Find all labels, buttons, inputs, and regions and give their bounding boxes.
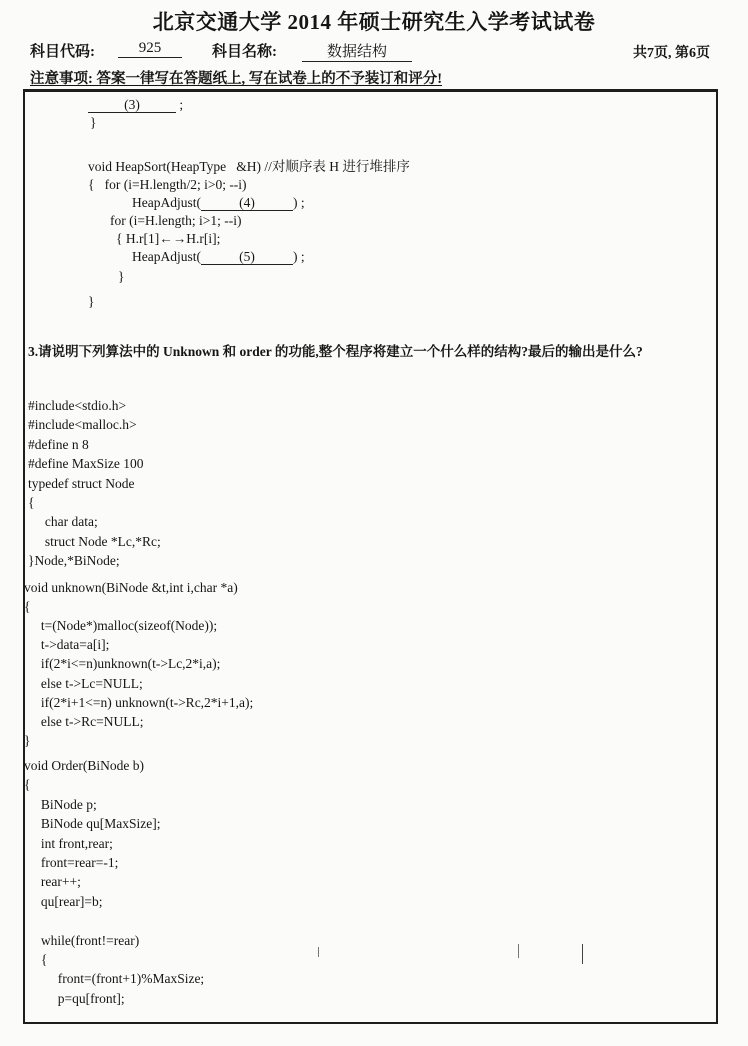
subject-code: 925: [118, 40, 182, 58]
code-line: #define MaxSize 100: [28, 455, 143, 472]
code-token: ) ;: [293, 249, 305, 264]
code-token: HeapAdjust(: [132, 195, 201, 210]
page-info: 共7页, 第6页: [633, 42, 710, 62]
code-line: void Order(BiNode b): [24, 757, 144, 774]
code-line: BiNode p;: [24, 796, 97, 813]
code-line: BiNode qu[MaxSize];: [24, 815, 160, 832]
heapsort-swap: { H.r[1]←→H.r[i];: [116, 230, 220, 247]
code-line: else t->Lc=NULL;: [24, 675, 143, 692]
code-line: {: [24, 598, 30, 615]
code-line: int front,rear;: [24, 835, 113, 852]
blank-3-line: (3) ;: [88, 96, 183, 113]
code-line: while(front!=rear): [24, 932, 139, 949]
code-line: #include<malloc.h>: [28, 416, 137, 433]
blank-3-suffix: ;: [176, 97, 183, 112]
code-line: char data;: [28, 513, 98, 530]
code-line: }: [118, 268, 124, 285]
scan-speck: [518, 944, 519, 958]
code-line: }: [88, 293, 94, 310]
code-line: t=(Node*)malloc(sizeof(Node));: [24, 617, 217, 634]
code-line: if(2*i+1<=n) unknown(t->Rc,2*i+1,a);: [24, 694, 253, 711]
exam-title: 北京交通大学 2014 年硕士研究生入学考试试卷: [0, 6, 748, 36]
code-line: typedef struct Node: [28, 475, 134, 492]
exam-notice: 注意事项: 答案一律写在答题纸上, 写在试卷上的不予装订和评分!: [30, 67, 442, 88]
heapadjust-5-line: HeapAdjust((5)) ;: [132, 248, 305, 265]
scan-speck: [582, 944, 583, 964]
code-line: }: [90, 114, 96, 131]
code-line: struct Node *Lc,*Rc;: [28, 533, 161, 550]
code-line: rear++;: [24, 873, 81, 890]
blank-4: (4): [201, 195, 293, 211]
heapsort-signature: void HeapSort(HeapType &H) //对顺序表 H 进行堆排…: [88, 158, 410, 175]
code-line: front=(front+1)%MaxSize;: [24, 970, 204, 987]
subject-name: 数据结构: [302, 40, 412, 62]
heapsort-for2: for (i=H.length; i>1; --i): [110, 212, 241, 229]
code-line: }: [24, 732, 30, 749]
code-line: front=rear=-1;: [24, 854, 118, 871]
code-line: qu[rear]=b;: [24, 893, 102, 910]
blank-5: (5): [201, 249, 293, 265]
code-line: t->data=a[i];: [24, 636, 109, 653]
code-line: void unknown(BiNode &t,int i,char *a): [24, 579, 238, 596]
code-token: HeapAdjust(: [132, 249, 201, 264]
code-line: if(2*i<=n)unknown(t->Lc,2*i,a);: [24, 655, 220, 672]
exam-meta: 科目代码: 925 科目名称: 数据结构 共7页, 第6页: [30, 40, 720, 62]
code-line: #define n 8: [28, 436, 89, 453]
question-3-text: 3.请说明下列算法中的 Unknown 和 order 的功能,整个程序将建立一…: [28, 343, 708, 361]
code-line: else t->Rc=NULL;: [24, 713, 143, 730]
code-line: {: [24, 951, 47, 968]
subject-code-label: 科目代码:: [30, 40, 95, 61]
blank-3: (3): [88, 97, 176, 113]
code-line: #include<stdio.h>: [28, 397, 126, 414]
code-token: ) ;: [293, 195, 305, 210]
heapsort-for1: { for (i=H.length/2; i>0; --i): [88, 176, 247, 193]
subject-name-label: 科目名称:: [212, 40, 277, 61]
code-line: }Node,*BiNode;: [28, 552, 120, 569]
heapadjust-4-line: HeapAdjust((4)) ;: [132, 194, 305, 211]
code-line: {: [24, 776, 30, 793]
code-line: p=qu[front];: [24, 990, 125, 1007]
scan-speck: [318, 947, 319, 957]
code-line: {: [28, 494, 34, 511]
